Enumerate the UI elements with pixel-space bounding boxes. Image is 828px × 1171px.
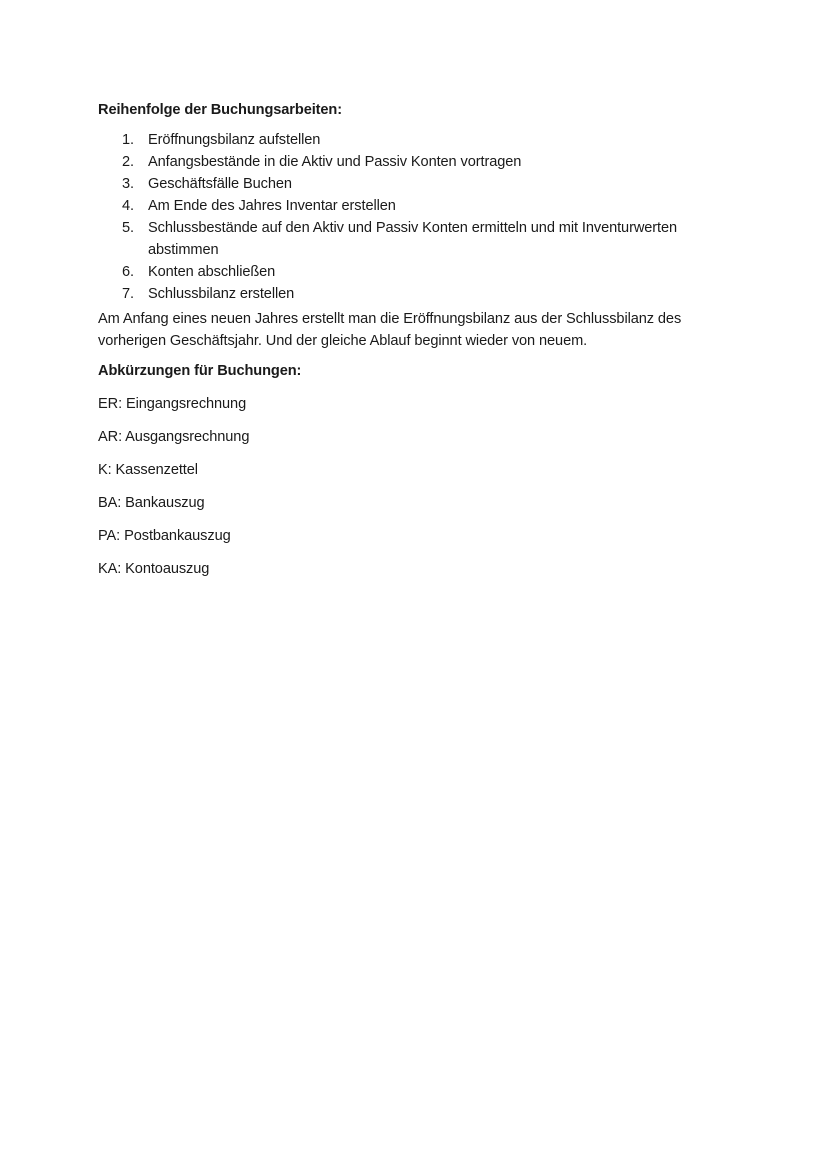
list-item: 5. Schlussbestände auf den Aktiv und Pas… — [98, 217, 738, 261]
section-heading-order: Reihenfolge der Buchungsarbeiten: — [98, 99, 738, 121]
list-item-number: 5. — [122, 217, 142, 239]
abbreviation-item: ER: Eingangsrechnung — [98, 393, 738, 415]
list-item: 4. Am Ende des Jahres Inventar erstellen — [98, 195, 738, 217]
list-item-number: 1. — [122, 129, 142, 151]
list-item-number: 3. — [122, 173, 142, 195]
list-item: 7. Schlussbilanz erstellen — [98, 283, 738, 305]
list-item-text: Schlussbilanz erstellen — [148, 283, 294, 305]
list-item-number: 4. — [122, 195, 142, 217]
list-item-number: 2. — [122, 151, 142, 173]
body-paragraph: Am Anfang eines neuen Jahres erstellt ma… — [98, 308, 738, 352]
section-heading-abbreviations: Abkürzungen für Buchungen: — [98, 360, 738, 382]
list-item-text: Am Ende des Jahres Inventar erstellen — [148, 195, 396, 217]
list-item-text: Schlussbestände auf den Aktiv und Passiv… — [148, 217, 738, 261]
list-item-text: Anfangsbestände in die Aktiv und Passiv … — [148, 151, 521, 173]
abbreviation-item: BA: Bankauszug — [98, 492, 738, 514]
abbreviation-item: AR: Ausgangsrechnung — [98, 426, 738, 448]
steps-list: 1. Eröffnungsbilanz aufstellen 2. Anfang… — [98, 129, 738, 305]
list-item-text: Eröffnungsbilanz aufstellen — [148, 129, 320, 151]
abbreviation-list: ER: Eingangsrechnung AR: Ausgangsrechnun… — [98, 393, 738, 580]
list-item-number: 6. — [122, 261, 142, 283]
list-item: 1. Eröffnungsbilanz aufstellen — [98, 129, 738, 151]
list-item: 6. Konten abschließen — [98, 261, 738, 283]
list-item: 3. Geschäftsfälle Buchen — [98, 173, 738, 195]
list-item-text: Geschäftsfälle Buchen — [148, 173, 292, 195]
list-item-number: 7. — [122, 283, 142, 305]
abbreviation-item: KA: Kontoauszug — [98, 558, 738, 580]
abbreviation-item: PA: Postbankauszug — [98, 525, 738, 547]
list-item-text: Konten abschließen — [148, 261, 275, 283]
list-item: 2. Anfangsbestände in die Aktiv und Pass… — [98, 151, 738, 173]
document-page: Reihenfolge der Buchungsarbeiten: 1. Erö… — [98, 99, 738, 591]
abbreviation-item: K: Kassenzettel — [98, 459, 738, 481]
